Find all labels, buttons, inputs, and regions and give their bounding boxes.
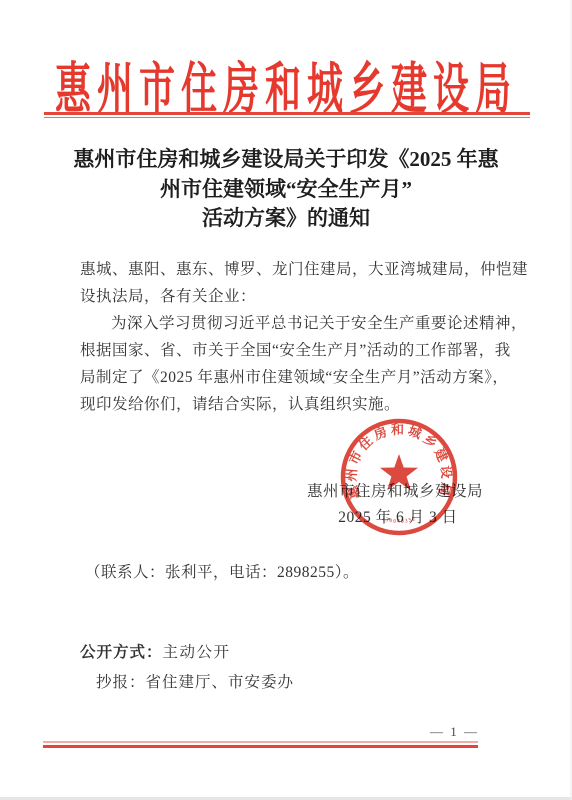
- footer-divider-thin-line: [43, 741, 478, 743]
- star-icon: [380, 454, 418, 490]
- letterhead-divider-thin-line: [44, 117, 530, 118]
- cc-value: 省住建厅、市安委办: [146, 674, 295, 691]
- contact-note: （联系人：张利平，电话：2898255）。: [85, 560, 359, 582]
- disclosure-row: 公开方式：主动公开: [80, 640, 231, 662]
- recipients-line-1: 惠城、惠阳、惠东、博罗、龙门住建局，大亚湾城建局，仲恺建: [80, 256, 510, 283]
- document-body: 惠城、惠阳、惠东、博罗、龙门住建局，大亚湾城建局，仲恺建 设执法局，各有关企业：…: [80, 256, 510, 418]
- disclosure-value: 主动公开: [163, 644, 231, 661]
- footer-divider-thick-line: [43, 745, 478, 748]
- cc-row: 抄报：省住建厅、市安委办: [96, 670, 294, 692]
- cc-label: 抄报：: [96, 674, 146, 691]
- body-paragraph-line-3: 局制定了《2025 年惠州市住建领域“安全生产月”活动方案》，: [80, 364, 510, 391]
- body-paragraph-line-1: 为深入学习贯彻习近平总书记关于安全生产重要论述精神，: [80, 310, 510, 337]
- page-number: — 1 —: [430, 724, 479, 740]
- document-page: 惠州市住房和城乡建设局 惠州市住房和城乡建设局关于印发《2025 年惠 州市住建…: [0, 0, 572, 800]
- disclosure-label: 公开方式：: [80, 644, 163, 661]
- body-paragraph-line-2: 根据国家、省、市关于全国“安全生产月”活动的工作部署，我: [80, 337, 510, 364]
- document-title-line-2: 州市住建领域“安全生产月”: [36, 175, 536, 205]
- document-title: 惠州市住房和城乡建设局关于印发《2025 年惠 州市住建领域“安全生产月” 活动…: [36, 145, 536, 234]
- document-title-line-3: 活动方案》的通知: [36, 204, 536, 234]
- letterhead-divider-thick-line: [44, 112, 530, 115]
- footer-divider: [43, 741, 478, 748]
- recipients-line-2: 设执法局，各有关企业：: [80, 283, 510, 310]
- body-paragraph-line-4: 现印发给你们，请结合实际，认真组织实施。: [80, 391, 510, 418]
- official-seal: 惠州市住房和城乡建设局 4413004035218: [339, 417, 459, 537]
- document-title-line-1: 惠州市住房和城乡建设局关于印发《2025 年惠: [36, 145, 536, 175]
- letterhead-divider: [44, 112, 530, 118]
